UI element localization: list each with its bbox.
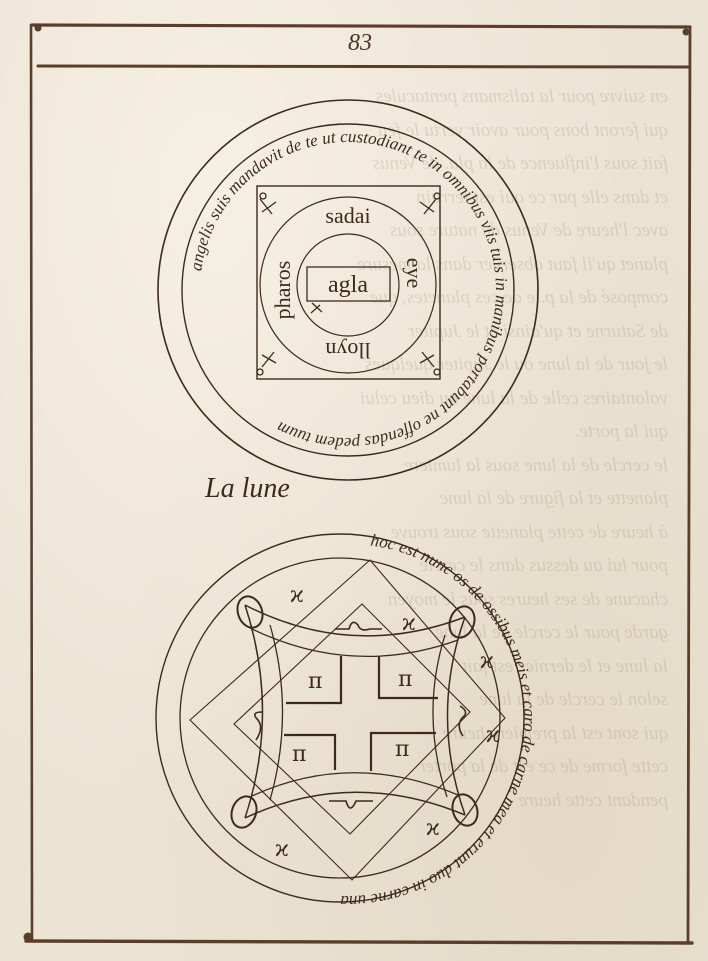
svg-text:ϰ: ϰ [426,816,440,841]
svg-text:π: π [398,667,412,692]
manuscript-page: en suivre pour la talismans pentacules q… [0,0,708,961]
svg-text:eye: eye [402,258,427,289]
svg-text:pharos: pharos [270,261,295,320]
svg-text:ϰ: ϰ [290,583,304,608]
ink-drawing: angelis suis mandavit de te ut custodian… [0,0,708,961]
lower-seal-glyphs: π π π π ϰ ϰ ϰ ϰ ϰ ϰ [275,583,500,862]
svg-text:lloyn: lloyn [325,338,370,363]
lower-seal-inscription: hoc est nunc os de ossibus meis et caro … [340,530,539,911]
svg-text:agla: agla [328,272,368,298]
svg-text:ϰ: ϰ [402,611,416,636]
svg-text:ϰ: ϰ [480,649,494,674]
seal-title-la-lune: La lune [205,473,290,505]
svg-text:sadai: sadai [325,203,370,228]
svg-text:hoc est nunc os de ossibus mei: hoc est nunc os de ossibus meis et caro … [340,530,539,911]
page-frame [24,25,692,943]
svg-text:π: π [395,737,409,762]
page-number: 83 [340,30,380,57]
svg-text:ϰ: ϰ [486,723,500,748]
svg-text:ϰ: ϰ [275,837,289,862]
svg-text:π: π [308,669,322,694]
svg-text:π: π [292,742,306,767]
upper-seal-names: sadai eye lloyn pharos agla [270,203,427,363]
